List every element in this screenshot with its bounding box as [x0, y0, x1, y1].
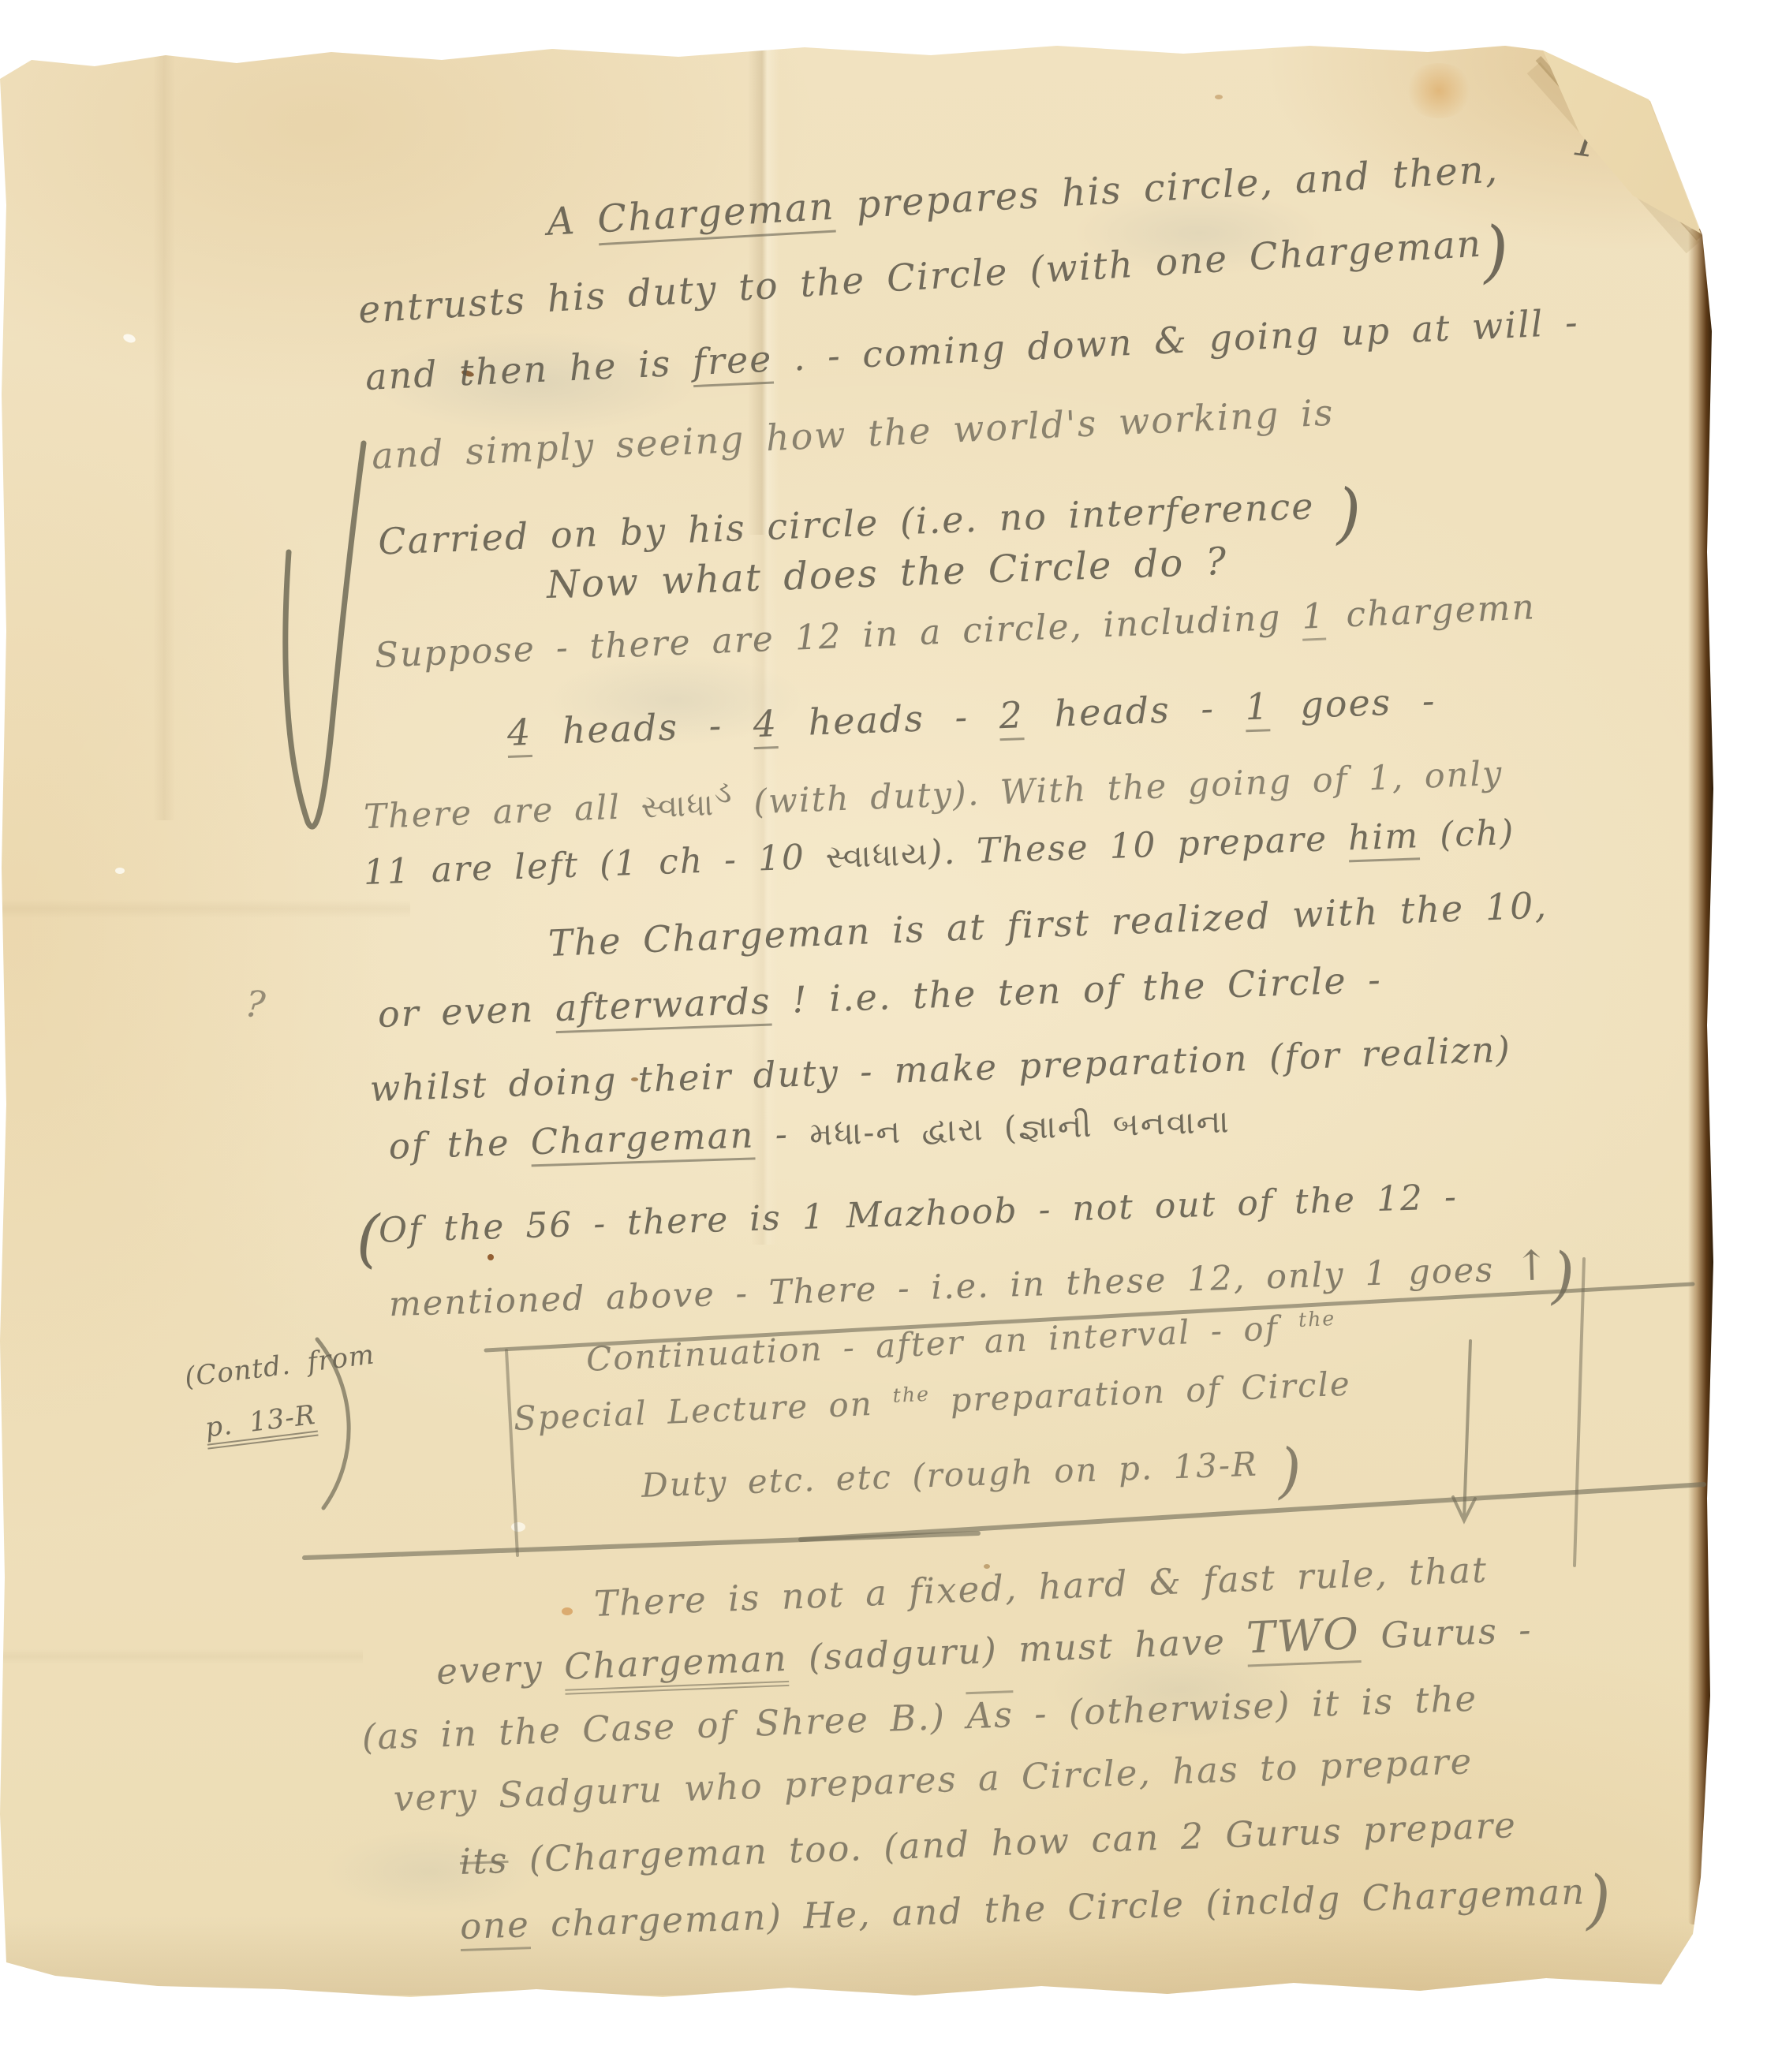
boxed-note-line: Duty etc. etc (rough on p. 13-R ): [641, 1436, 1301, 1528]
speck: [1215, 95, 1223, 99]
margin-note-contd-line1: (Contd. from: [183, 1339, 376, 1393]
manuscript-line: and simply seeing how the world's workin…: [371, 392, 1335, 477]
manuscript-line: or even afterwards ! i.e. the ten of the…: [377, 959, 1383, 1036]
horizontal-crease: [0, 1648, 363, 1664]
manuscript-line: 4 heads - 4 heads - 2 heads - 1 goes -: [506, 680, 1436, 754]
speck: [562, 1607, 573, 1615]
down-arrow-icon: [1453, 1341, 1475, 1521]
stain: [1404, 63, 1474, 118]
manuscript-line: whilst doing their duty - make preparati…: [369, 1029, 1512, 1109]
scanned-manuscript-page: { "page": { "number": "14", "paper_color…: [0, 0, 1767, 2072]
horizontal-crease: [0, 899, 410, 918]
vertical-crease: [153, 47, 175, 820]
margin-note-contd-line2: p. 13-R: [204, 1400, 318, 1450]
paper-hole: [115, 868, 125, 874]
manuscript-line: of the Chargeman - મધા-ન દ્વારા (જ્ઞાની …: [388, 1099, 1231, 1167]
box-right-line: [1575, 1259, 1584, 1566]
margin-question-mark: ?: [243, 983, 268, 1026]
box-bottom-line: [304, 1533, 978, 1558]
paper-hole: [122, 333, 136, 345]
paper-sheet: A Chargeman prepares his circle, and the…: [0, 0, 1767, 2072]
manuscript-line: The Chargeman is at first realized with …: [547, 884, 1548, 965]
paper-hole: [511, 1522, 525, 1532]
tick-mark-icon: [286, 443, 364, 827]
manuscript-line: very Sadguru who prepares a Circle, has …: [393, 1741, 1474, 1819]
book-edge-shadow: [1688, 229, 1713, 1925]
